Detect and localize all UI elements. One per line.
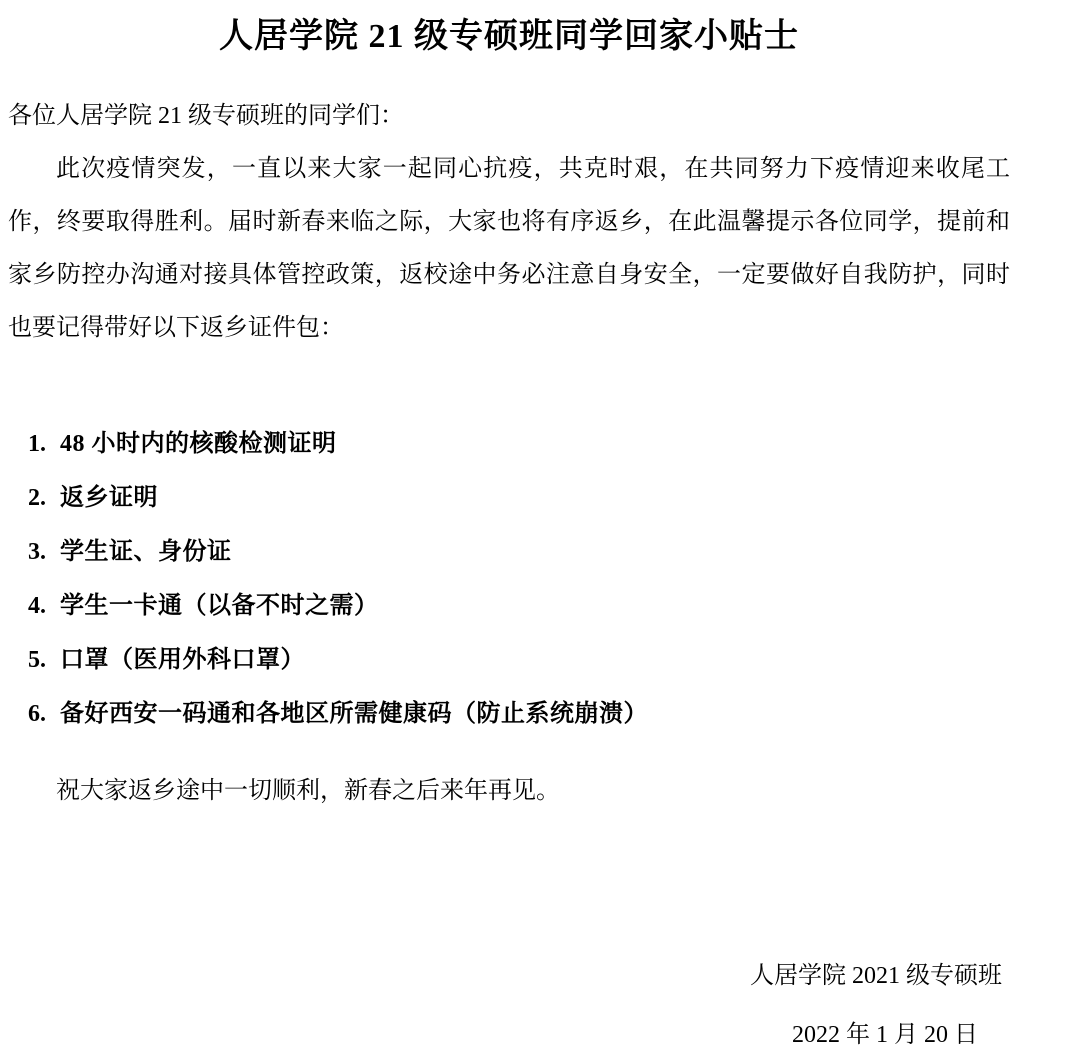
item-text: 返乡证明 [58,471,1010,525]
checklist: 1. 48 小时内的核酸检测证明 2. 返乡证明 3. 学生证、身份证 4. 学… [8,417,1010,741]
item-number: 4. [8,579,58,633]
checklist-item: 3. 学生证、身份证 [8,525,1010,579]
body-paragraph: 此次疫情突发，一直以来大家一起同心抗疫，共克时艰，在共同努力下疫情迎来收尾工作，… [8,143,1010,355]
item-text: 备好西安一码通和各地区所需健康码（防止系统崩溃） [58,687,1010,741]
checklist-item: 2. 返乡证明 [8,471,1010,525]
page-title: 人居学院 21 级专硕班同学回家小贴士 [8,12,1010,62]
item-text: 学生证、身份证 [58,525,1010,579]
item-text: 口罩（医用外科口罩） [58,633,1010,687]
checklist-item: 4. 学生一卡通（以备不时之需） [8,579,1010,633]
item-number: 3. [8,525,58,579]
item-text: 48 小时内的核酸检测证明 [58,417,1010,471]
checklist-item: 1. 48 小时内的核酸检测证明 [8,417,1010,471]
item-text: 学生一卡通（以备不时之需） [58,579,1010,633]
closing-line: 祝大家返乡途中一切顺利，新春之后来年再见。 [8,765,1010,818]
item-number: 6. [8,687,58,741]
document-page: 人居学院 21 级专硕班同学回家小贴士 各位人居学院 21 级专硕班的同学们： … [0,0,1076,1061]
date-line: 2022 年 1 月 20 日 [8,1009,1010,1061]
signature-line: 人居学院 2021 级专硕班 [8,950,1010,1003]
item-number: 2. [8,471,58,525]
salutation-line: 各位人居学院 21 级专硕班的同学们： [8,90,1010,143]
checklist-item: 6. 备好西安一码通和各地区所需健康码（防止系统崩溃） [8,687,1010,741]
checklist-item: 5. 口罩（医用外科口罩） [8,633,1010,687]
item-number: 5. [8,633,58,687]
item-number: 1. [8,417,58,471]
